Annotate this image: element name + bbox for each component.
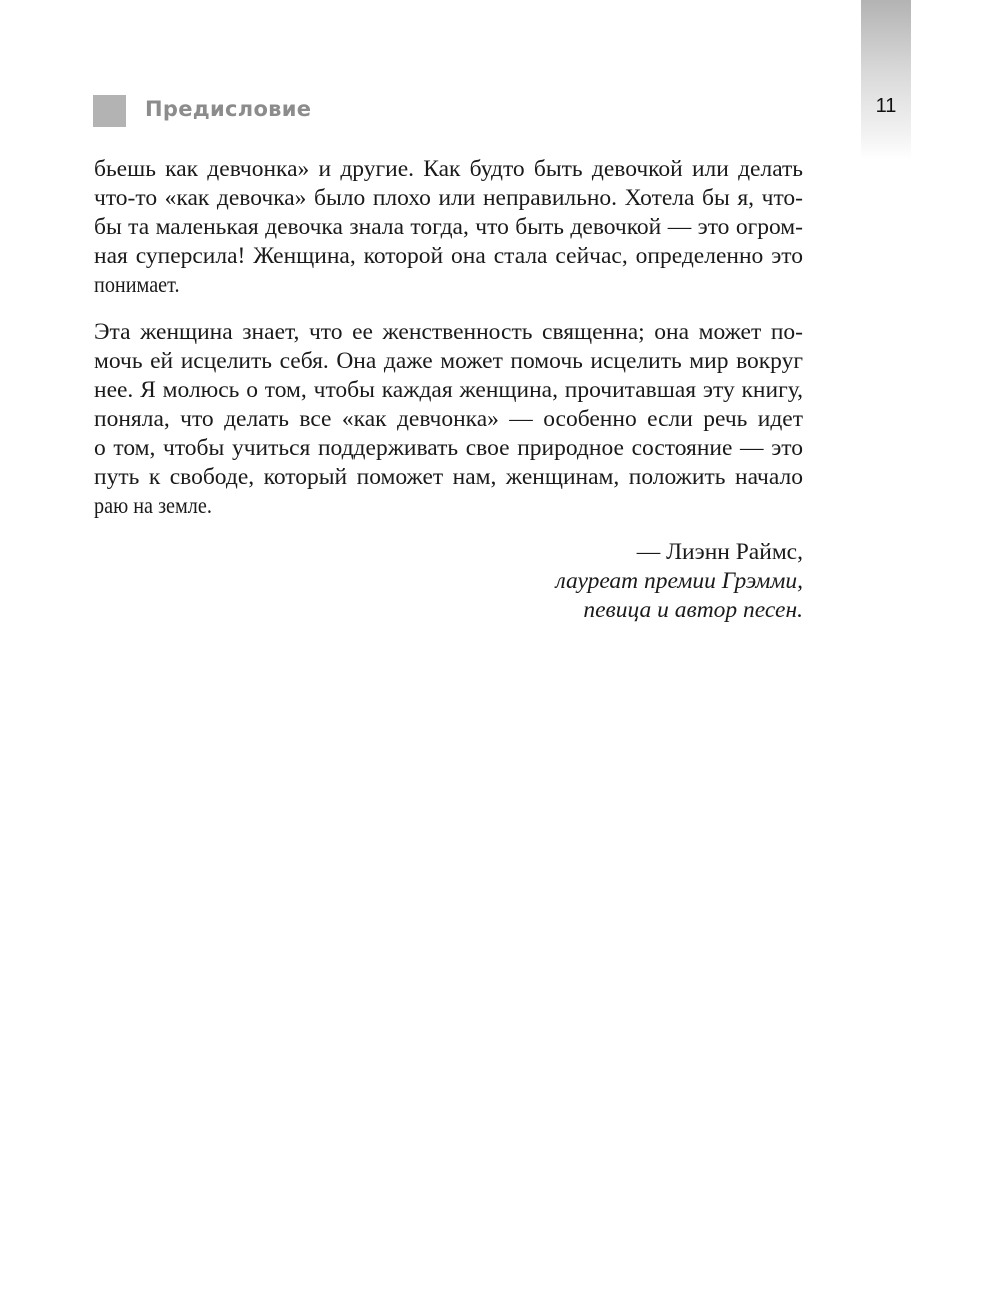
section-title: Предисловие	[145, 97, 311, 121]
text-line: о том, чтобы учиться поддерживать свое п…	[94, 434, 803, 463]
text-line: понимает.	[94, 271, 704, 300]
text-line: бьешь как девчонка» и другие. Как будто …	[94, 155, 803, 184]
signature-role-1: лауреат премии Грэмми,	[555, 567, 803, 596]
text-line: поняла, что делать все «как девчонка» — …	[94, 405, 803, 434]
page-tab-marker	[861, 0, 911, 160]
section-marker-square	[93, 95, 126, 127]
text-line: что-то «как девочка» было плохо или непр…	[94, 184, 803, 213]
text-line: нее. Я молюсь о том, чтобы каждая женщин…	[94, 376, 803, 405]
text-line: Эта женщина знает, что ее женственность …	[94, 318, 803, 347]
text-line: бы та маленькая девочка знала тогда, что…	[94, 213, 803, 242]
page-number: 11	[861, 95, 911, 118]
signature-block: — Лиэнн Раймс, лауреат премии Грэмми, пе…	[555, 538, 803, 625]
text-line: ная суперсила! Женщина, которой она стал…	[94, 242, 803, 271]
text-line: мочь ей исцелить себя. Она даже может по…	[94, 347, 803, 376]
signature-role-2: певица и автор песен.	[555, 596, 803, 625]
text-line: раю на земле.	[94, 492, 704, 521]
paragraph-1: бьешь как девчонка» и другие. Как будто …	[94, 155, 803, 300]
signature-name: — Лиэнн Раймс,	[555, 538, 803, 567]
paragraph-2: Эта женщина знает, что ее женственность …	[94, 318, 803, 521]
text-line: путь к свободе, который поможет нам, жен…	[94, 463, 803, 492]
